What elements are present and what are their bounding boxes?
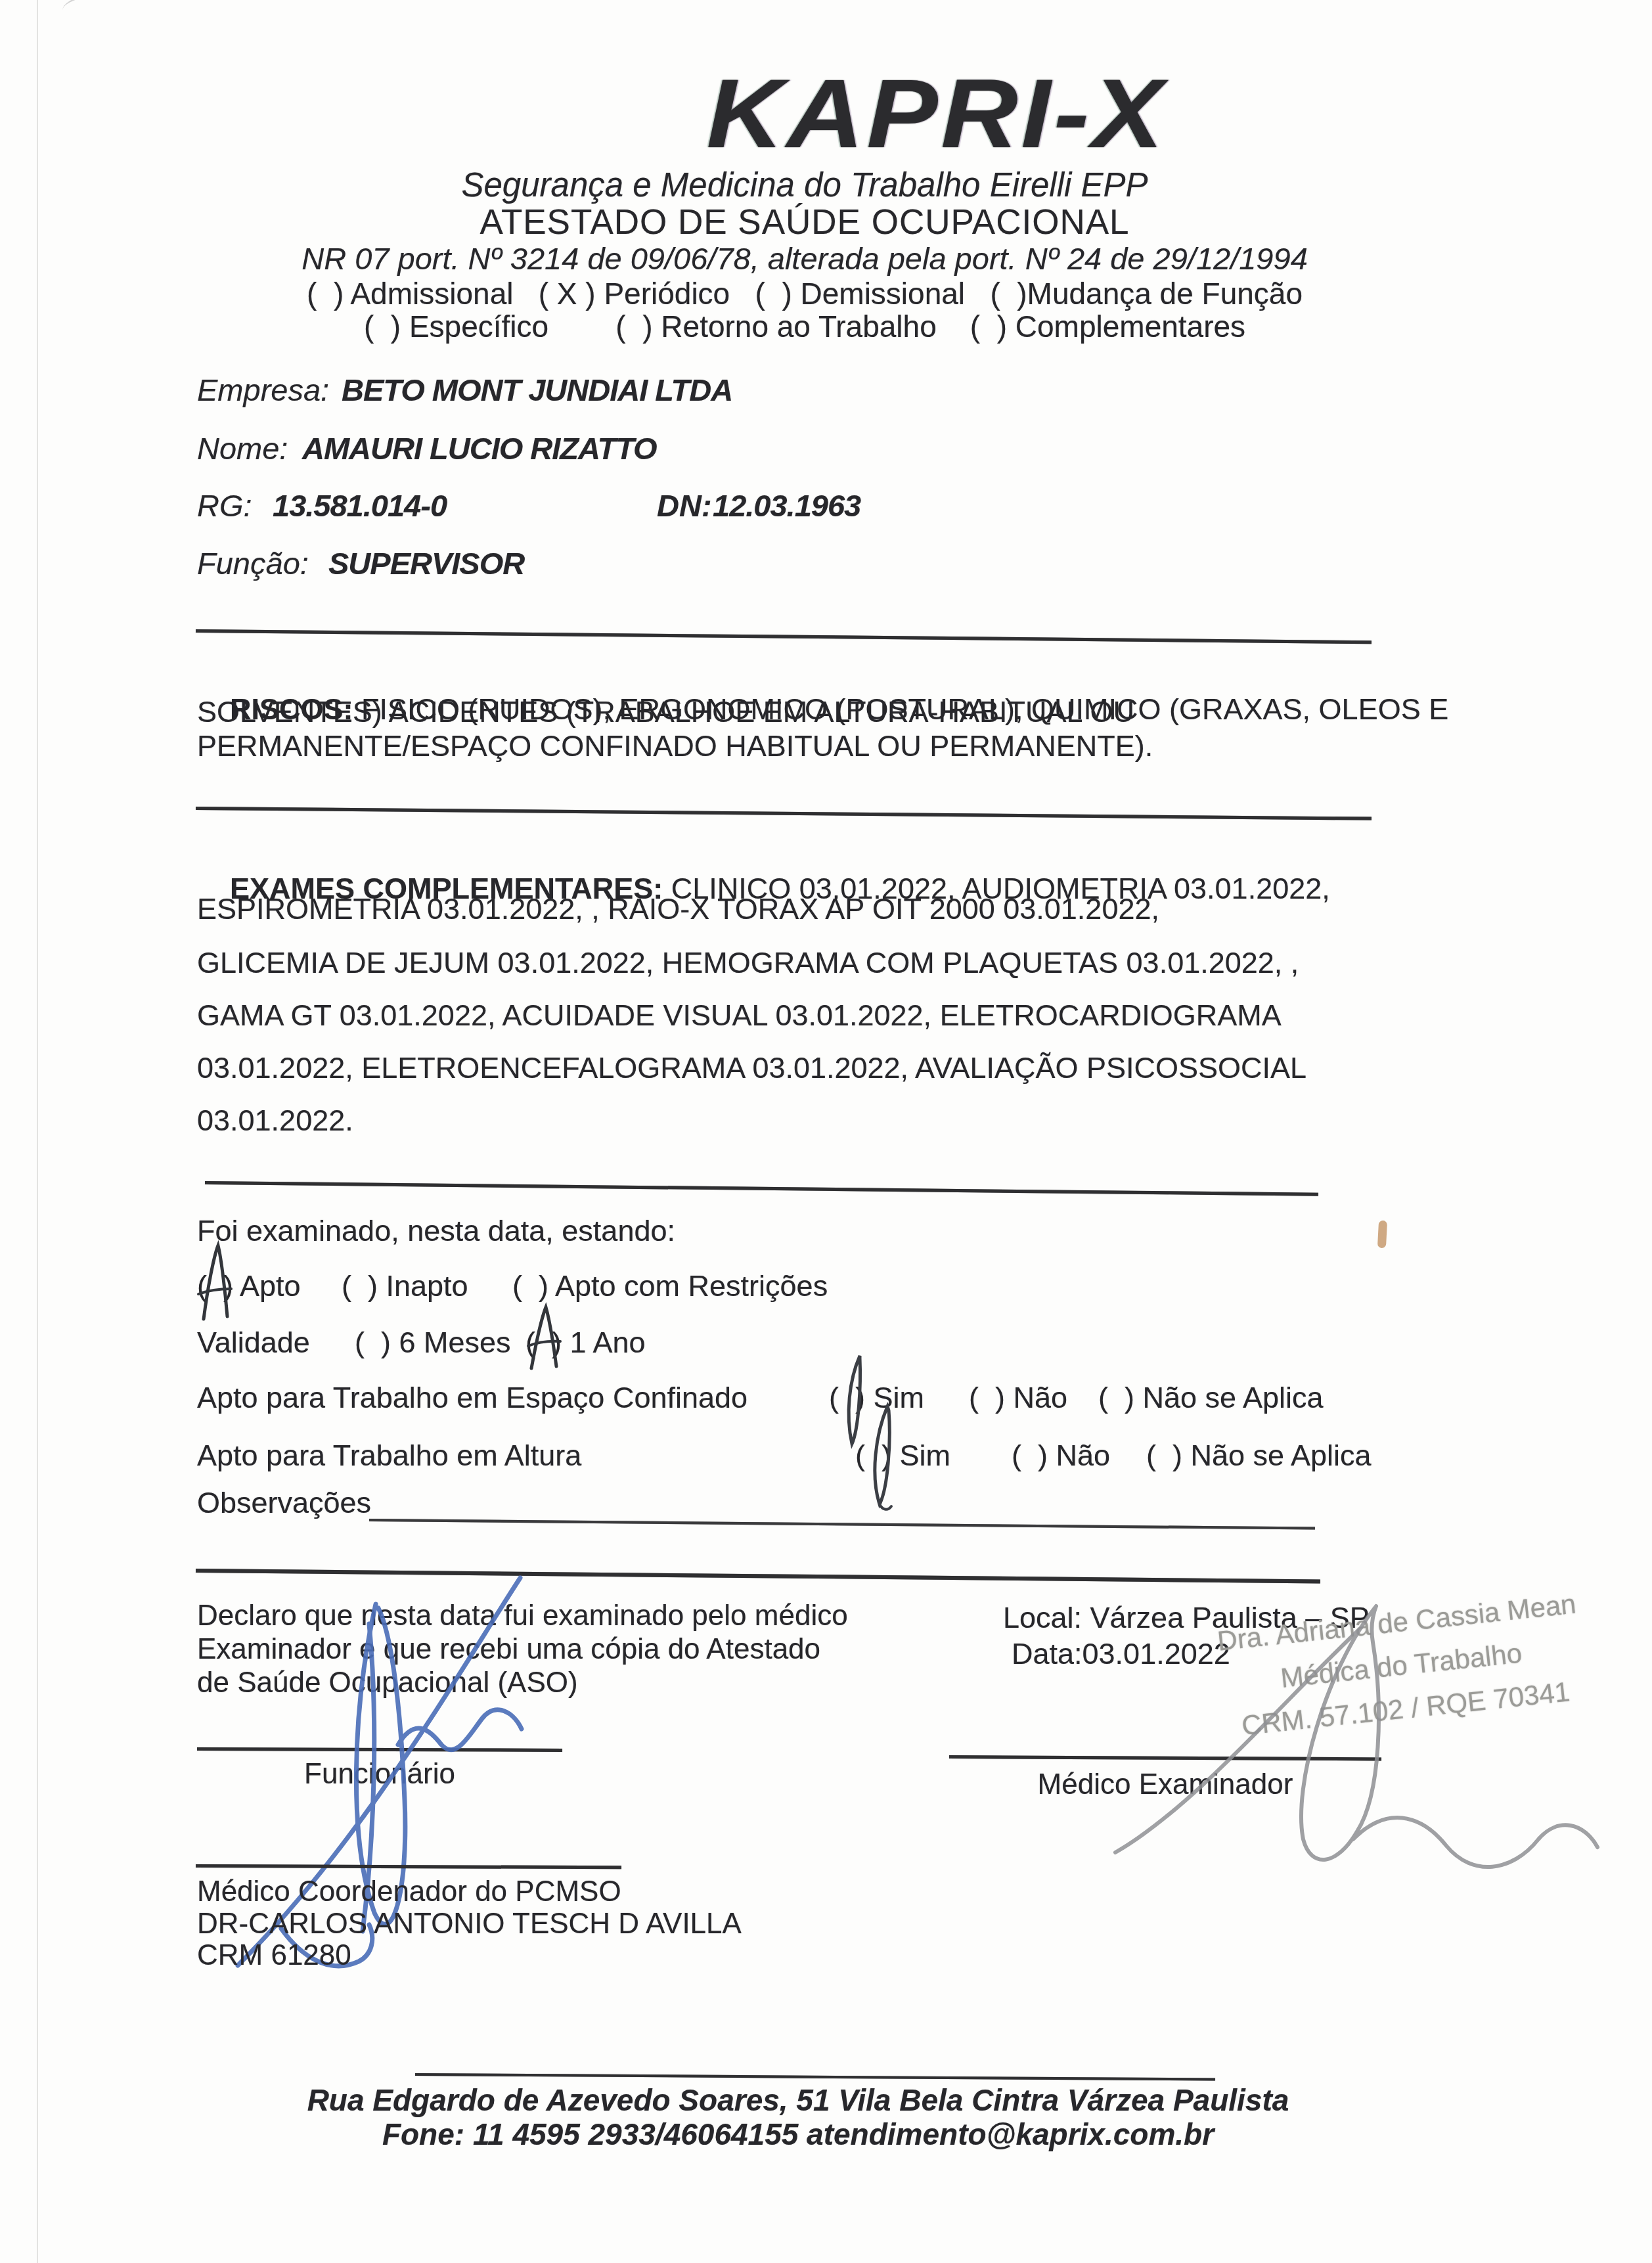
nome-value: AMAURI LUCIO RIZATTO [302,430,657,466]
funcao-row: Função: SUPERVISOR [0,545,1652,585]
checkbox-confinado-nao: ( ) Não [969,1381,1067,1415]
empresa-value: BETO MONT JUNDIAI LTDA [342,372,732,408]
pen-mark-apto [192,1242,241,1324]
header-subtitle-line1: Segurança e Medicina do Trabalho Eirelli… [112,166,1498,204]
exam-type-options-row1: ( ) Admissional ( X ) Periódico ( ) Demi… [112,276,1498,311]
scan-edge-line [37,0,38,2263]
scan-artifact-orange [1377,1221,1387,1249]
empresa-label: Empresa: [197,372,329,408]
rg-label: RG: [197,487,252,524]
pen-mark-1ano [522,1304,568,1373]
dn-label: DN: [657,487,712,524]
divider-above-exames [196,807,1372,820]
riscos-line2: SOLVENTES) ACIDENTES (TRABALHOE EM ALTUR… [197,695,1134,729]
exam-type-options-row2: ( ) Específico ( ) Retorno ao Trabalho (… [112,309,1498,344]
coordenador-name: DR-CARLOS ANTONIO TESCH D AVILLA [197,1908,742,1940]
observacoes-label: Observações [197,1486,371,1520]
validade-label: Validade [197,1326,310,1360]
rg-value: 13.581.014-0 [273,487,447,524]
checkbox-confinado-nsa: ( ) Não se Aplica [1098,1381,1324,1415]
checkbox-6meses: ( ) 6 Meses [355,1326,511,1360]
checkbox-altura-nao: ( ) Não [1012,1439,1110,1473]
rg-dn-row: RG: 13.581.014-0 DN: 12.03.1963 [0,487,1652,527]
nome-row: Nome: AMAURI LUCIO RIZATTO [0,430,1652,470]
riscos-line3: PERMANENTE/ESPAÇO CONFINADO HABITUAL OU … [197,729,1153,763]
checkbox-altura-nsa: ( ) Não se Aplica [1146,1439,1372,1473]
funcao-value: SUPERVISOR [328,545,524,581]
divider-above-result [205,1181,1318,1196]
pen-mark-altura-sim [864,1402,903,1514]
exames-line6: 03.01.2022. [197,1104,353,1138]
medico-examinador-signature [1077,1590,1616,1866]
scan-artifact-arc [61,0,117,21]
exames-line3: GLICEMIA DE JEJUM 03.01.2022, HEMOGRAMA … [197,946,1299,980]
coordenador-crm: CRM 61280 [197,1939,351,1972]
exames-line4: GAMA GT 03.01.2022, ACUIDADE VISUAL 03.0… [197,998,1282,1033]
company-logo: KAPRI-X [113,66,1652,163]
footer-divider [415,2073,1215,2080]
validade-row: Validade ( ) 6 Meses ( ) 1 Ano [0,1326,1652,1365]
espaco-confinado-label: Apto para Trabalho em Espaço Confinado [197,1381,748,1415]
aptitude-row: ( ) Apto ( ) Inapto ( ) Apto com Restriç… [0,1269,1652,1309]
header-regulation-line: NR 07 port. Nº 3214 de 09/06/78, alterad… [112,240,1498,277]
scanned-aso-document: KAPRI-X Segurança e Medicina do Trabalho… [0,0,1652,2263]
coordenador-label: Médico Coordenador do PCMSO [197,1875,621,1908]
checkbox-apto-restricoes: ( ) Apto com Restrições [512,1269,828,1303]
empresa-row: Empresa: BETO MONT JUNDIAI LTDA [0,372,1652,411]
result-intro: Foi examinado, nesta data, estando: [197,1214,675,1248]
exames-line5: 03.01.2022, ELETROENCEFALOGRAMA 03.01.20… [197,1051,1306,1085]
observacoes-blank-line [369,1519,1315,1530]
nome-label: Nome: [197,430,288,466]
altura-row: Apto para Trabalho em Altura ( ) Sim ( )… [0,1439,1652,1478]
footer-address: Rua Edgardo de Azevedo Soares, 51 Vila B… [0,2082,1596,2118]
divider-above-riscos [196,629,1372,644]
checkbox-inapto: ( ) Inapto [342,1269,468,1303]
footer-contact: Fone: 11 4595 2933/46064155 atendimento@… [0,2117,1596,2152]
dn-value: 12.03.1963 [713,487,860,524]
altura-label: Apto para Trabalho em Altura [197,1439,581,1473]
funcao-label: Função: [197,545,309,581]
exames-line2: ESPIROMETRIA 03.01.2022, , RAIO-X TORAX … [197,892,1159,926]
header-subtitle-line2: ATESTADO DE SAÚDE OCUPACIONAL [112,202,1498,242]
espaco-confinado-row: Apto para Trabalho em Espaço Confinado (… [0,1381,1652,1420]
